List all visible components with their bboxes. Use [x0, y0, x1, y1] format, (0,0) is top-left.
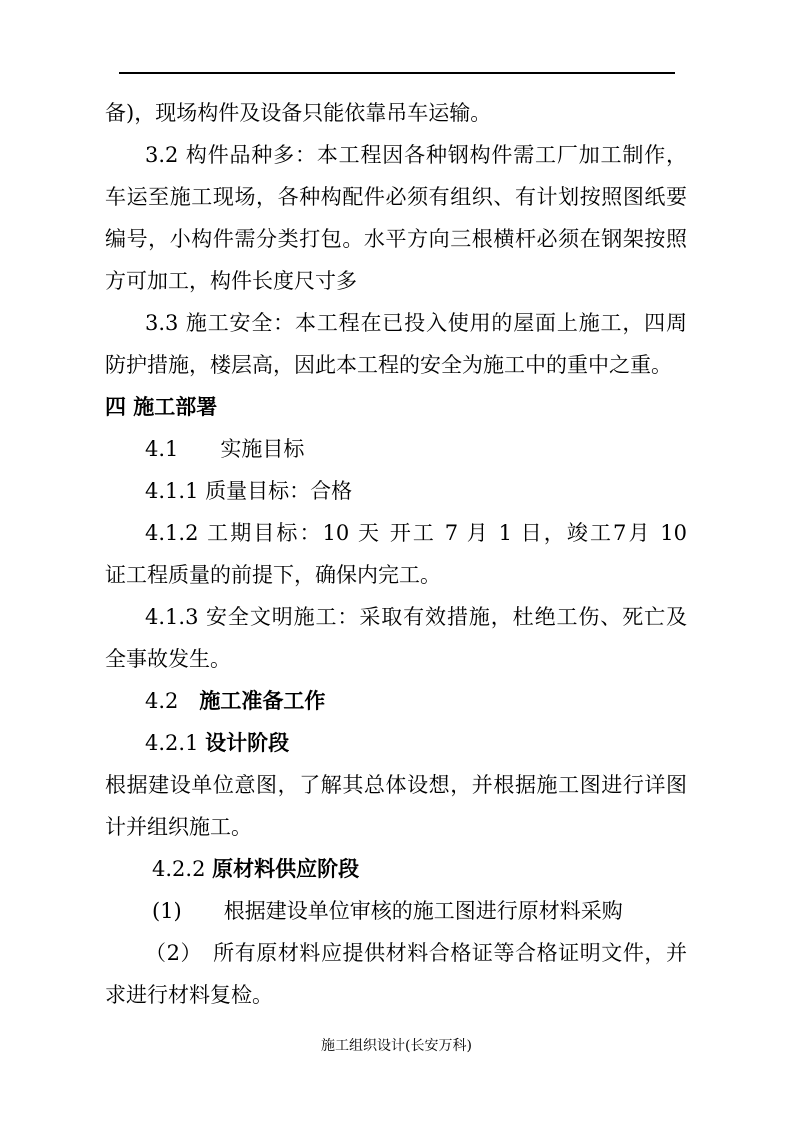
text-segment: 方可加工，构件长度尺寸多	[105, 269, 357, 293]
text-segment: （2） 所有原材料应提供材料合格证等合格证明文件，并根据要	[145, 941, 687, 974]
text-segment: 证工程质量的前提下，确保内完工。	[105, 563, 441, 587]
text-segment: 全事故发生。	[105, 647, 231, 671]
header-rule	[119, 72, 675, 74]
text-line: 车运至施工现场，各种构配件必须有组织、有计划按照图纸要求分类	[105, 176, 687, 218]
text-segment: 4.2.1	[145, 731, 205, 755]
text-line: 4.1.1 质量目标：合格	[105, 470, 687, 512]
text-segment: 4.1.1 质量目标：合格	[145, 479, 352, 503]
text-line: 防护措施，楼层高，因此本工程的安全为施工中的重中之重。	[105, 344, 687, 386]
text-segment: 四 施工部署	[105, 394, 217, 419]
text-line: 4.2.2 原材料供应阶段	[105, 848, 687, 890]
text-line: （2） 所有原材料应提供材料合格证等合格证明文件，并根据要	[105, 932, 687, 974]
text-segment: 设计阶段	[205, 730, 289, 755]
document-body: 备)，现场构件及设备只能依靠吊车运输。3.2 构件品种多：本工程因各种钢构件需工…	[105, 92, 687, 1016]
text-segment: 防护措施，楼层高，因此本工程的安全为施工中的重中之重。	[105, 353, 672, 377]
text-segment: 原材料供应阶段	[212, 856, 359, 881]
text-line: 备)，现场构件及设备只能依靠吊车运输。	[105, 92, 687, 134]
text-line: 方可加工，构件长度尺寸多	[105, 260, 687, 302]
text-line: 4.1.2 工期目标：10 天 开工 7 月 1 日，竣工7月 10 日。在保	[105, 512, 687, 554]
text-line: 证工程质量的前提下，确保内完工。	[105, 554, 687, 596]
text-line: 四 施工部署	[105, 386, 687, 428]
text-segment: 施工准备工作	[199, 688, 325, 713]
text-segment: 根据建设单位意图，了解其总体设想，并根据施工图进行详图设	[105, 773, 687, 806]
text-line: 编号，小构件需分类打包。水平方向三根横杆必须在钢架按照完成后	[105, 218, 687, 260]
text-segment: 4.1 实施目标	[145, 437, 304, 461]
text-line: 4.1.3 安全文明施工：采取有效措施，杜绝工伤、死亡及一切安	[105, 596, 687, 638]
text-line: 全事故发生。	[105, 638, 687, 680]
text-segment: 4.1.2 工期目标：10 天 开工 7 月 1 日，竣工7月 10 日。在保	[145, 521, 687, 554]
footer-text: 施工组织设计(长安万科)	[0, 1036, 793, 1056]
text-segment: 4.2.2	[152, 857, 212, 881]
text-line: 根据建设单位意图，了解其总体设想，并根据施工图进行详图设	[105, 764, 687, 806]
text-line: 4.2 施工准备工作	[105, 680, 687, 722]
text-line: 求进行材料复检。	[105, 974, 687, 1016]
document-page: 备)，现场构件及设备只能依靠吊车运输。3.2 构件品种多：本工程因各种钢构件需工…	[0, 0, 793, 1122]
text-segment: 求进行材料复检。	[105, 983, 273, 1007]
text-line: 3.3 施工安全：本工程在已投入使用的屋面上施工，四周五任何	[105, 302, 687, 344]
text-line: 3.2 构件品种多：本工程因各种钢构件需工厂加工制作，然后装	[105, 134, 687, 176]
text-line: 4.2.1 设计阶段	[105, 722, 687, 764]
text-segment: (1) 根据建设单位审核的施工图进行原材料采购	[152, 899, 623, 923]
text-segment: 计并组织施工。	[105, 815, 252, 839]
text-segment: 备)，现场构件及设备只能依靠吊车运输。	[105, 101, 491, 125]
text-segment: 4.2	[145, 689, 199, 713]
text-line: (1) 根据建设单位审核的施工图进行原材料采购	[105, 890, 687, 932]
text-segment: 3.3 施工安全：本工程在已投入使用的屋面上施工，四周五任何	[145, 311, 687, 344]
text-segment: 4.1.3 安全文明施工：采取有效措施，杜绝工伤、死亡及一切安	[145, 605, 687, 638]
text-segment: 车运至施工现场，各种构配件必须有组织、有计划按照图纸要求分类	[105, 185, 687, 218]
text-line: 4.1 实施目标	[105, 428, 687, 470]
text-segment: 3.2 构件品种多：本工程因各种钢构件需工厂加工制作，然后装	[145, 143, 687, 176]
text-line: 计并组织施工。	[105, 806, 687, 848]
text-segment: 编号，小构件需分类打包。水平方向三根横杆必须在钢架按照完成后	[105, 227, 687, 260]
